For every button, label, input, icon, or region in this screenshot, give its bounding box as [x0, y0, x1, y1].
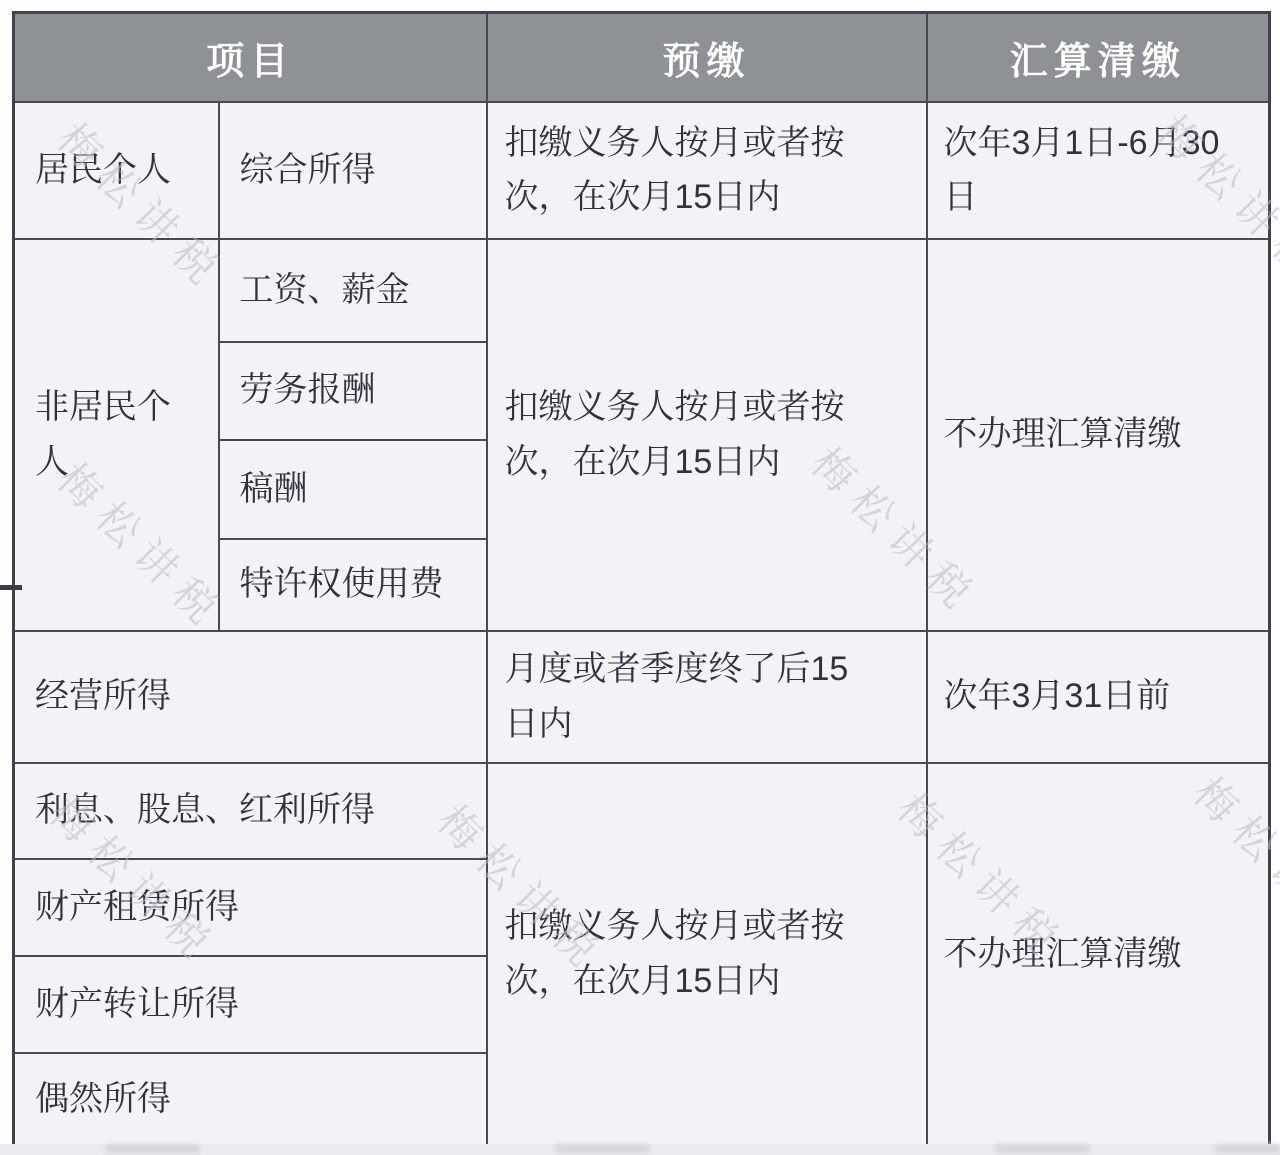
header-settlement: 汇算清缴	[927, 13, 1270, 102]
cell-category-resident: 居民个人	[14, 102, 219, 239]
cell-settlement-business: 次年3月31日前	[927, 631, 1270, 763]
cell-income-property-lease: 财产租赁所得	[14, 859, 487, 956]
cell-income-wages: 工资、薪金	[219, 239, 487, 342]
cell-prepay-resident: 扣缴义务人按月或者按 次，在次月15日内	[487, 102, 927, 239]
cell-income-labor: 劳务报酬	[219, 342, 487, 440]
shadow-smudge	[105, 1144, 200, 1153]
table-row: 利息、股息、红利所得 扣缴义务人按月或者按 次，在次月15日内 不办理汇算清缴	[14, 763, 1270, 859]
header-prepay: 预缴	[487, 13, 927, 102]
table-row: 经营所得 月度或者季度终了后15 日内 次年3月31日前	[14, 631, 1270, 763]
cell-income-royalty: 特许权使用费	[219, 539, 487, 631]
cell-prepay-other: 扣缴义务人按月或者按 次，在次月15日内	[487, 763, 927, 1146]
shadow-smudge	[1215, 1144, 1280, 1153]
left-edge-tick	[0, 585, 22, 590]
cell-prepay-nonresident: 扣缴义务人按月或者按 次，在次月15日内	[487, 239, 927, 631]
cell-category-nonresident: 非居民个 人	[14, 239, 219, 631]
cell-income-interest-dividend: 利息、股息、红利所得	[14, 763, 487, 859]
cell-income-property-transfer: 财产转让所得	[14, 956, 487, 1053]
tax-filing-table: 项目 预缴 汇算清缴 居民个人 综合所得 扣缴义务人按月或者按 次，在次月15日…	[12, 11, 1271, 1147]
page: 项目 预缴 汇算清缴 居民个人 综合所得 扣缴义务人按月或者按 次，在次月15日…	[0, 0, 1280, 1155]
cell-prepay-business: 月度或者季度终了后15 日内	[487, 631, 927, 763]
cell-settlement-resident: 次年3月1日-6月30 日	[927, 102, 1270, 239]
cell-income-manuscript: 稿酬	[219, 440, 487, 539]
table-row: 居民个人 综合所得 扣缴义务人按月或者按 次，在次月15日内 次年3月1日-6月…	[14, 102, 1270, 239]
cell-income-comprehensive: 综合所得	[219, 102, 487, 239]
cell-settlement-other: 不办理汇算清缴	[927, 763, 1270, 1146]
table-row: 非居民个 人 工资、薪金 扣缴义务人按月或者按 次，在次月15日内 不办理汇算清…	[14, 239, 1270, 342]
header-row: 项目 预缴 汇算清缴	[14, 13, 1270, 102]
cell-income-business: 经营所得	[14, 631, 487, 763]
shadow-smudge	[555, 1144, 650, 1153]
shadow-smudge	[995, 1144, 1090, 1153]
cell-settlement-nonresident: 不办理汇算清缴	[927, 239, 1270, 631]
cell-income-incidental: 偶然所得	[14, 1053, 487, 1146]
header-item: 项目	[14, 13, 487, 102]
